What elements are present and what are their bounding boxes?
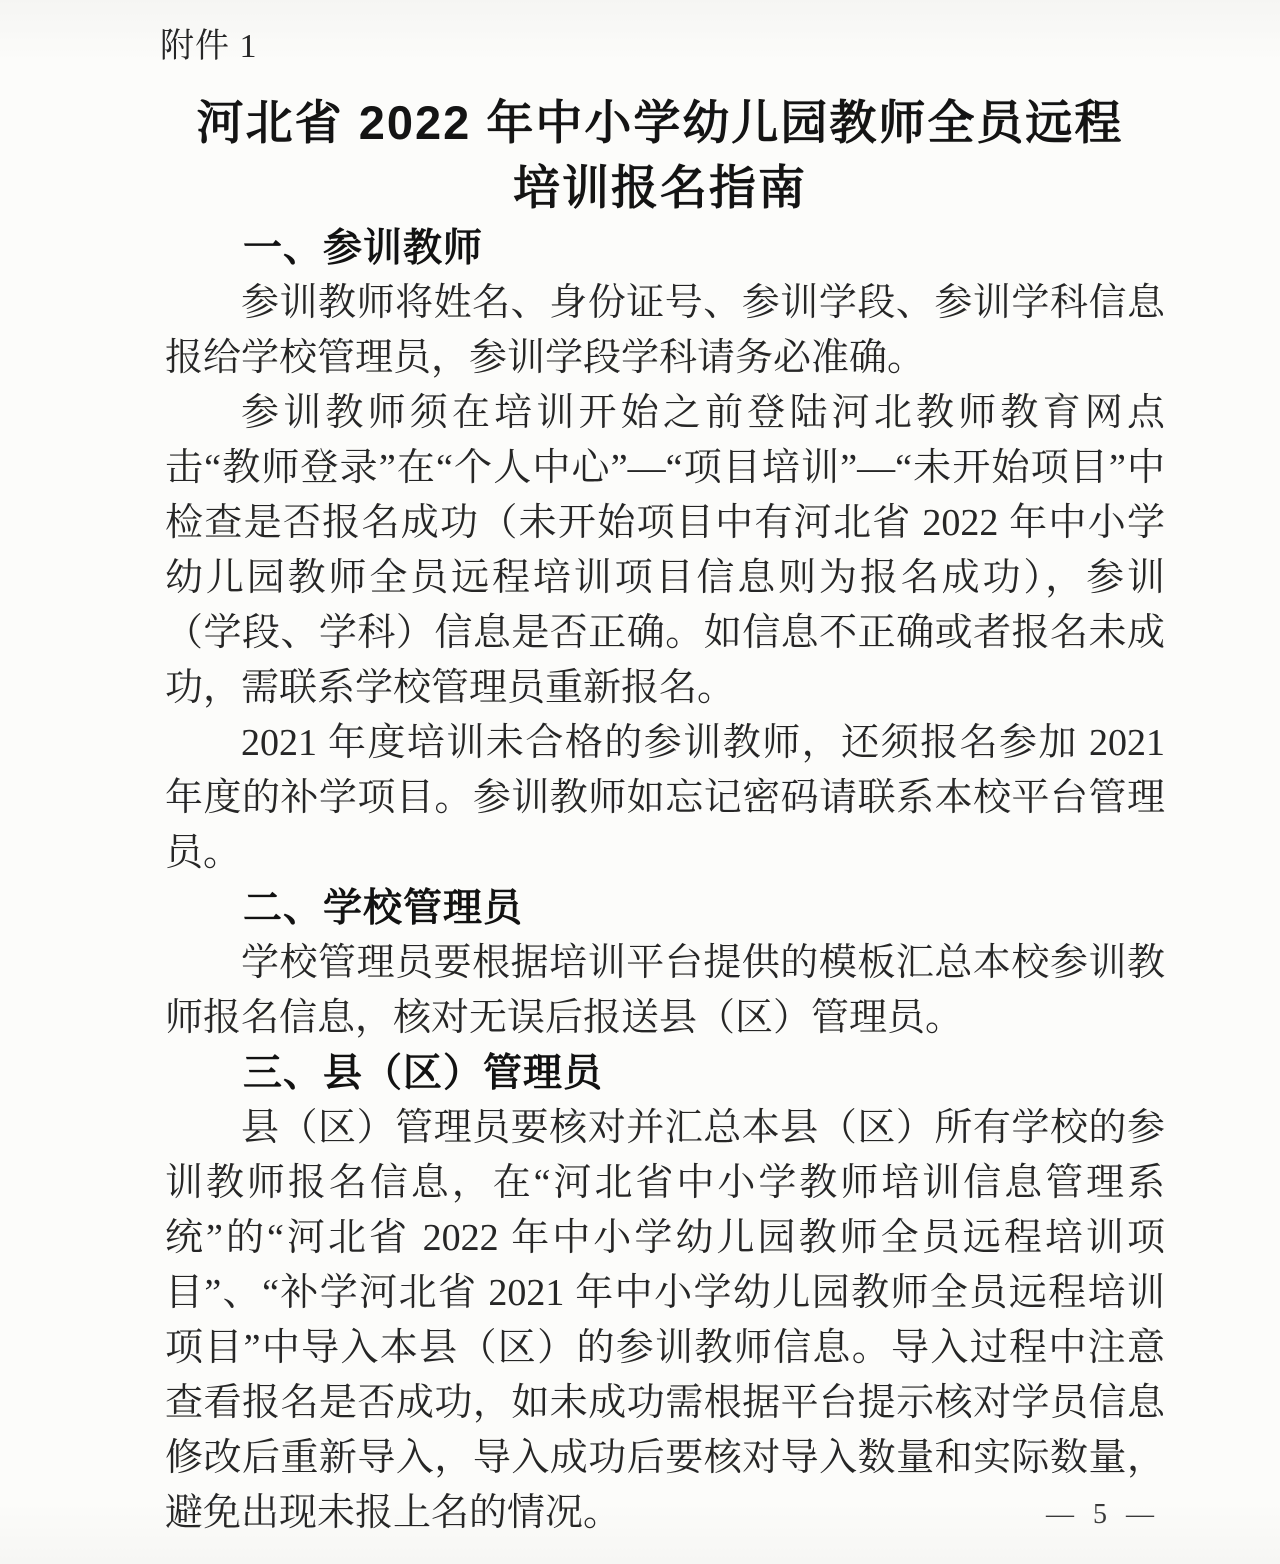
document-title-line-2: 培训报名指南 bbox=[150, 155, 1170, 220]
attachment-label: 附件 1 bbox=[160, 26, 258, 68]
section-heading-participating-teachers: 一、参训教师 bbox=[165, 221, 1165, 276]
paragraph: 县（区）管理员要核对并汇总本县（区）所有学校的参训教师报名信息，在“河北省中小学… bbox=[165, 1101, 1165, 1541]
document-title-line-1: 河北省 2022 年中小学幼儿园教师全员远程 bbox=[150, 90, 1170, 155]
paragraph: 参训教师将姓名、身份证号、参训学段、参训学科信息报给学校管理员，参训学段学科请务… bbox=[165, 276, 1165, 386]
document-page: 附件 1 河北省 2022 年中小学幼儿园教师全员远程 培训报名指南 一、参训教… bbox=[0, 0, 1280, 1564]
section-heading-county-district-administrator: 三、县（区）管理员 bbox=[165, 1046, 1165, 1101]
document-body: 一、参训教师 参训教师将姓名、身份证号、参训学段、参训学科信息报给学校管理员，参… bbox=[165, 221, 1165, 1541]
document-title: 河北省 2022 年中小学幼儿园教师全员远程 培训报名指南 bbox=[150, 90, 1170, 220]
section-heading-school-administrator: 二、学校管理员 bbox=[165, 881, 1165, 936]
paragraph: 参训教师须在培训开始之前登陆河北教师教育网点击“教师登录”在“个人中心”—“项目… bbox=[165, 386, 1165, 716]
page-number: — 5 — bbox=[1046, 1500, 1160, 1530]
paragraph: 学校管理员要根据培训平台提供的模板汇总本校参训教师报名信息，核对无误后报送县（区… bbox=[165, 936, 1165, 1046]
paragraph: 2021 年度培训未合格的参训教师，还须报名参加 2021 年度的补学项目。参训… bbox=[165, 716, 1165, 881]
